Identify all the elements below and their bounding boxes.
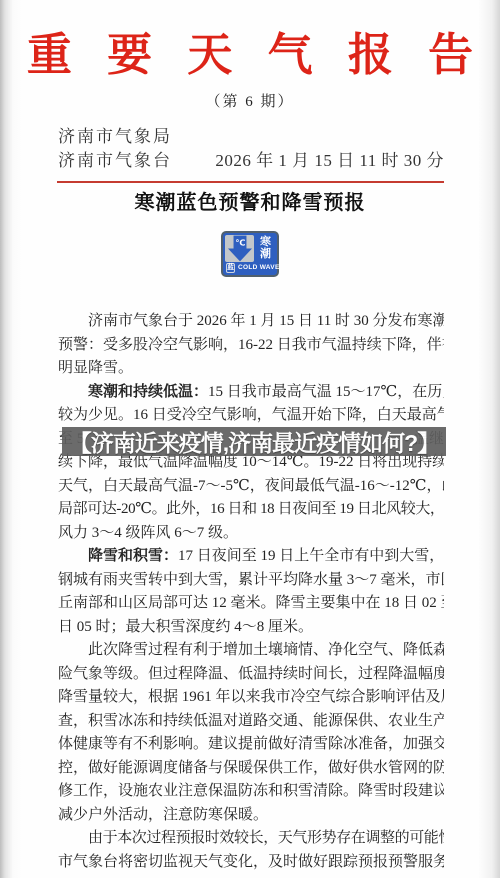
body-line: 济南市气象台于 2026 年 1 月 15 日 11 时 30 分发布寒潮蓝色 xyxy=(58,310,444,334)
body-line: 查，积雪冰冻和持续低温对道路交通、能源保供、农业生产、人 xyxy=(58,710,444,734)
body-line: 寒潮和持续低温：15 日我市最高气温 15～17℃，在历史同期 xyxy=(58,381,444,405)
body-line: 明显降雪。 xyxy=(58,357,444,381)
issue-datetime: 2026 年 1 月 15 日 11 时 30 分 xyxy=(215,149,444,173)
cold-wave-blue-warning-icon: ℃ 寒 潮 蓝 COLD WAVE xyxy=(221,231,279,277)
body-line: 降雪和积雪：17 日夜间至 19 日上午全市有中到大雪，莱芜、 xyxy=(58,545,444,569)
cold-wave-caption: COLD WAVE xyxy=(238,264,280,271)
cold-wave-label: 寒 潮 xyxy=(254,233,277,262)
body-line: 体健康等有不利影响。建议提前做好清雪除冰准备，加强交通管 xyxy=(58,733,444,757)
body-line: 天气，白天最高气温-7～-5℃，夜间最低气温-16～-12℃，山区 xyxy=(58,475,444,499)
agency-name-bureau: 济南市气象局 xyxy=(58,125,444,149)
temperature-down-arrow-icon: ℃ xyxy=(225,235,254,262)
body-line: 减少户外活动，注意防寒保暖。 xyxy=(58,804,444,828)
body-line: 局部可达-20℃。此外，16 日和 18 日夜间至 19 日北风较大，平均 xyxy=(58,498,444,522)
body-line: 险气象等级。但过程降温、低温持续时间长，过程降温幅度大， xyxy=(58,663,444,687)
body-line: 丘南部和山区局部可达 12 毫米。降雪主要集中在 18 日 02 至 19 xyxy=(58,592,444,616)
warning-level-badge: 蓝 xyxy=(226,263,235,273)
issue-number: （第 6 期） xyxy=(0,92,500,112)
body-line: 此次降雪过程有利于增加土壤墒情、净化空气、降低森林火 xyxy=(58,639,444,663)
body-line: 由于本次过程预报时效较长，天气形势存在调整的可能性， xyxy=(58,827,444,851)
body-line: 控，做好能源调度储备与保暖保供工作，做好供水管网的防冻检 xyxy=(58,757,444,781)
body-text: 济南市气象台于 2026 年 1 月 15 日 11 时 30 分发布寒潮蓝色预… xyxy=(58,310,444,874)
report-title: 寒潮蓝色预警和降雪预报 xyxy=(0,190,500,216)
body-line: 风力 3～4 级阵风 6～7 级。 xyxy=(58,522,444,546)
temp-unit-glyph: ℃ xyxy=(235,238,245,248)
body-line: 钢城有雨夹雪转中到大雪，累计平均降水量 3～7 毫米，市区、章 xyxy=(58,569,444,593)
body-line: 日 05 时；最大积雪深度约 4～8 厘米。 xyxy=(58,616,444,640)
overlay-banner[interactable]: 【济南近来疫情,济南最近疫情如何?】 xyxy=(62,427,446,456)
body-line: 降雪量较大，根据 1961 年以来我市冷空气综合影响评估及风险普 xyxy=(58,686,444,710)
document-page: 重 要 天 气 报 告 （第 6 期） 济南市气象局 济南市气象台 2026 年… xyxy=(0,0,500,878)
body-line: 市气象台将密切监视天气变化，及时做好跟踪预报预警服务。 xyxy=(58,851,444,875)
body-line: 较为少见。16 日受冷空气影响，气温开始下降，白天最高气温降 xyxy=(58,404,444,428)
masthead-title: 重 要 天 气 报 告 xyxy=(0,32,500,78)
header-divider-rule xyxy=(57,181,444,183)
agency-block: 济南市气象局 济南市气象台 2026 年 1 月 15 日 11 时 30 分 xyxy=(58,125,444,173)
agency-name-observatory: 济南市气象台 xyxy=(58,149,172,173)
body-line: 预警：受多股冷空气影响，16-22 日我市气温持续下降，伴有一次 xyxy=(58,334,444,358)
overlay-banner-text: 【济南近来疫情,济南最近疫情如何?】 xyxy=(69,425,439,458)
body-line: 修工作，设施农业注意保温防冻和积雪清除。降雪时段建议市民 xyxy=(58,780,444,804)
